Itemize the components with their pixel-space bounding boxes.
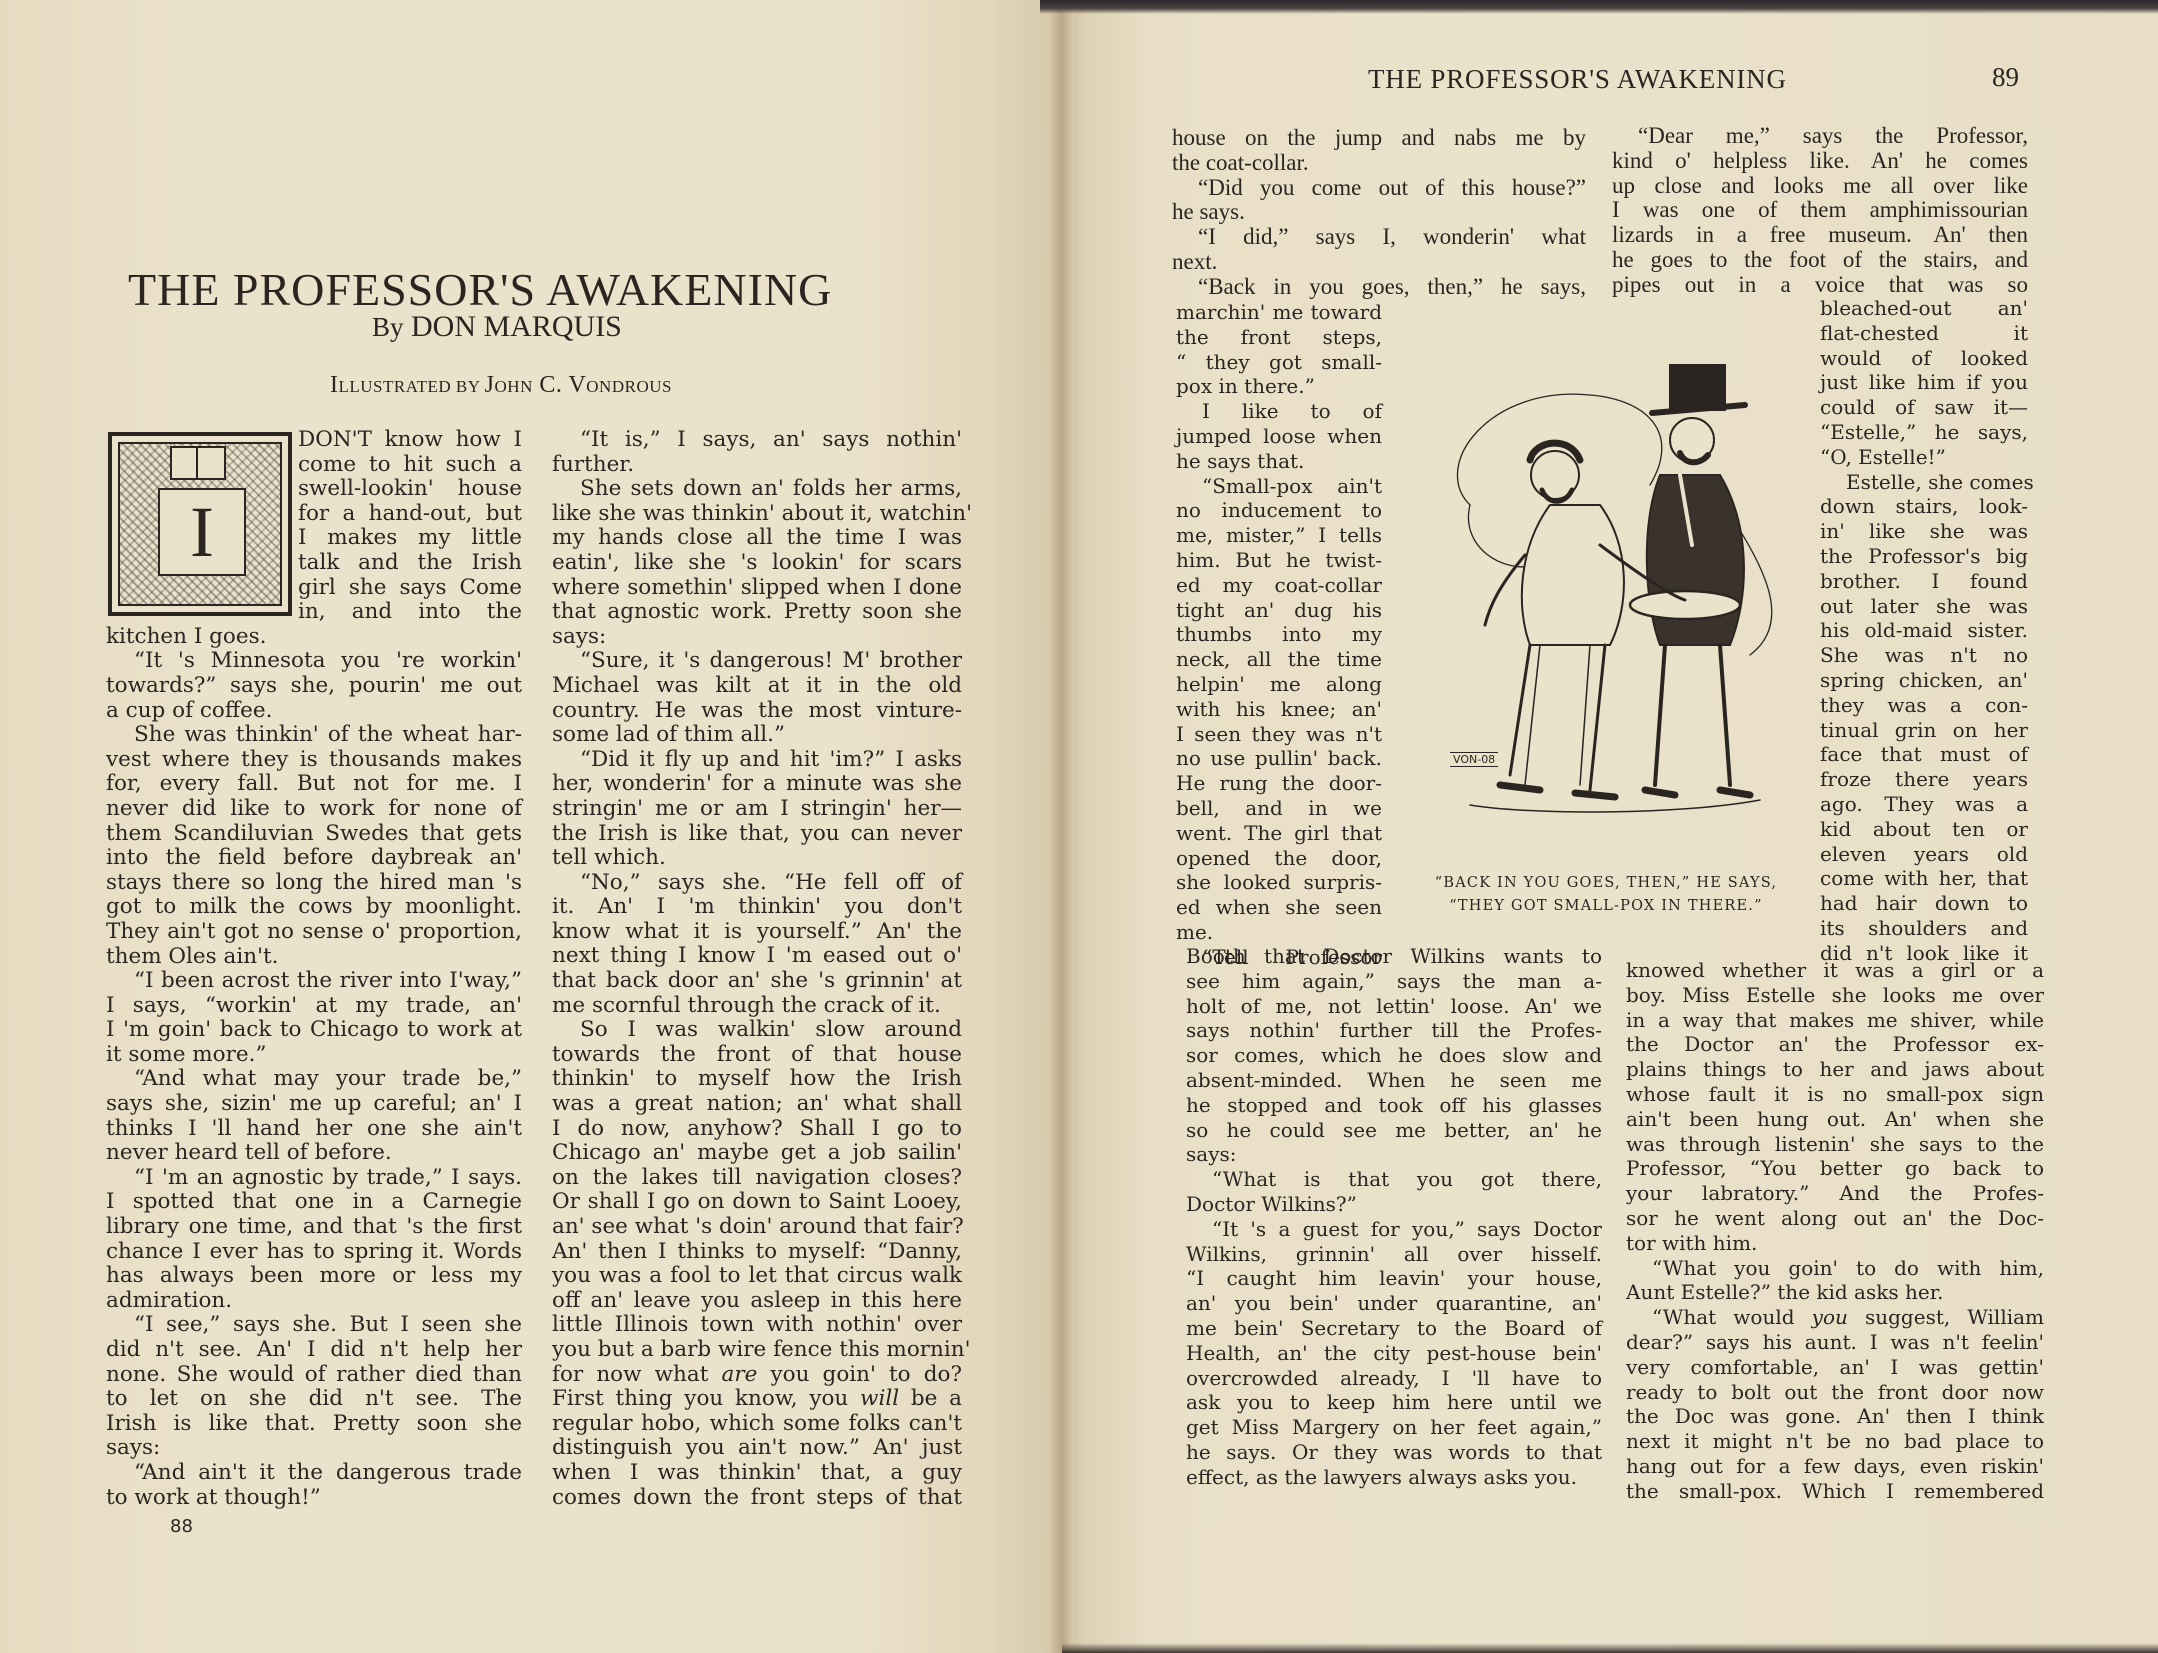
open-book-icon xyxy=(170,446,226,480)
text-line: holt of me, not lettin' loose. An' we xyxy=(1186,994,1602,1019)
text-line: could of saw it— xyxy=(1820,395,2028,420)
text-line: I 'm goin' back to Chicago to work at xyxy=(106,1018,522,1043)
text-line: she looked surpris- xyxy=(1176,870,1382,895)
text-line: “I been acrost the river into I'way,” xyxy=(106,969,522,994)
ornamental-drop-cap: I xyxy=(108,432,292,616)
text-line: the small-pox. Which I remembered xyxy=(1626,1479,2044,1504)
text-line: see him again,” says the man a- xyxy=(1186,969,1602,994)
text-line: “It is,” I says, an' says nothin' xyxy=(552,428,962,453)
text-line: I spotted that one in a Carnegie xyxy=(106,1190,522,1215)
text-line: says: xyxy=(1186,1142,1602,1167)
right-column-2-wrap: bleached-out an'flat-chested itwould of … xyxy=(1820,296,2028,966)
text-line: off an' leave you asleep in this here xyxy=(552,1289,962,1314)
text-line: no use pullin' back. xyxy=(1176,746,1382,771)
text-line: sor he went along out an' the Doc- xyxy=(1626,1206,2044,1231)
text-line: spring chicken, an' xyxy=(1820,668,2028,693)
text-line: regular hobo, which some folks can't xyxy=(552,1412,962,1437)
sc-initial: I xyxy=(330,372,339,398)
text-line: neck, all the time xyxy=(1176,647,1382,672)
right-column-1-bottom: Booth that Doctor Wilkins wants tosee hi… xyxy=(1186,944,1602,1490)
text-line: says: xyxy=(552,625,962,650)
text-line: never did like to work for none of xyxy=(106,797,522,822)
text-line: froze there years xyxy=(1820,767,2028,792)
text-line: whose fault it is no small-pox sign xyxy=(1626,1082,2044,1107)
text-line: “Did you come out of this house?” xyxy=(1172,176,1586,201)
text-line: “I see,” says she. But I seen she xyxy=(106,1313,522,1338)
text-line: tinual grin on her xyxy=(1820,718,2028,743)
text-line: “I caught him leavin' your house, xyxy=(1186,1266,1602,1291)
text-line: like she was thinkin' about it, watchin' xyxy=(552,502,962,527)
text-line: “And ain't it the dangerous trade xyxy=(106,1461,522,1486)
text-line: stringin' me or am I stringin' her— xyxy=(552,797,962,822)
text-line: thinks I 'll hand her one she ain't xyxy=(106,1117,522,1142)
text-line: effect, as the lawyers always asks you. xyxy=(1186,1465,1602,1490)
author-name: DON MARQUIS xyxy=(411,310,622,343)
text-line: says nothin' further till the Profes- xyxy=(1186,1018,1602,1043)
text-line: Chicago an' maybe get a job sailin' xyxy=(552,1141,962,1166)
text-line: I like to of xyxy=(1176,399,1382,424)
text-line: “Estelle,” he says, xyxy=(1820,420,2028,445)
text-line: towards the front of that house xyxy=(552,1043,962,1068)
text-line: “O, Estelle!” xyxy=(1820,445,2028,470)
text-line: tight an' dug his xyxy=(1176,598,1382,623)
text-line: absent-minded. When he seen me xyxy=(1186,1068,1602,1093)
text-line: dear?” says his aunt. I was n't feelin' xyxy=(1626,1330,2044,1355)
text-line: I seen they was n't xyxy=(1176,722,1382,747)
text-line: “I did,” says I, wonderin' what xyxy=(1172,225,1586,250)
sc-initial: C. xyxy=(533,372,569,398)
text-line: sor comes, which he does slow and xyxy=(1186,1043,1602,1068)
text-line: “What you goin' to do with him, xyxy=(1626,1256,2044,1281)
text-line: helpin' me along xyxy=(1176,672,1382,697)
running-head: THE PROFESSOR'S AWAKENING xyxy=(1368,64,1787,95)
text-line: She was n't no xyxy=(1820,643,2028,668)
text-line: up close and looks me all over like xyxy=(1612,174,2028,199)
text-line: had hair down to xyxy=(1820,891,2028,916)
text-line: “It 's a guest for you,” says Doctor xyxy=(1186,1217,1602,1242)
text-line: tell which. xyxy=(552,846,962,871)
text-line: for, every fall. But not for me. I xyxy=(106,772,522,797)
book-gutter xyxy=(1050,0,1074,1653)
text-line: So I was walkin' slow around xyxy=(552,1018,962,1043)
text-line: distinguish you ain't now.” An' just xyxy=(552,1436,962,1461)
text-line: further. xyxy=(552,453,962,478)
text-line: ago. They was a xyxy=(1820,792,2028,817)
text-line: house on the jump and nabs me by xyxy=(1172,126,1586,151)
text-line: DON'T know how I xyxy=(298,428,522,453)
text-line: the front steps, xyxy=(1176,325,1382,350)
text-line: next it might n't be no bad place to xyxy=(1626,1429,2044,1454)
text-line: comes down the front steps of that xyxy=(552,1486,962,1511)
text-line: did n't see. An' I did n't help her xyxy=(106,1338,522,1363)
text-line: hang out for a few days, even riskin' xyxy=(1626,1454,2044,1479)
text-line: pox in there.” xyxy=(1176,374,1382,399)
sc-rest: LLUSTRATED xyxy=(339,377,452,396)
text-line: the Doc was gone. An' then I think xyxy=(1626,1404,2044,1429)
text-line: some lad of thim all.” xyxy=(552,723,962,748)
text-line: “It 's Minnesota you 're workin' xyxy=(106,649,522,674)
text-line: “And what may your trade be,” xyxy=(106,1067,522,1092)
byline-by: By xyxy=(372,312,404,342)
text-line: come with her, that xyxy=(1820,866,2028,891)
text-line: I says, “workin' at my trade, an' xyxy=(106,994,522,1019)
text-line: to let on she did n't see. The xyxy=(106,1387,522,1412)
text-line: stays there so long the hired man 's xyxy=(106,871,522,896)
italic-emphasis: will xyxy=(860,1386,899,1411)
text-line: was through listenin' she says to the xyxy=(1626,1132,2044,1157)
text-line: plains things to her and jaws about xyxy=(1626,1057,2044,1082)
illustration-caption: “BACK IN YOU GOES, THEN,” HE SAYS, “THEY… xyxy=(1416,872,1796,918)
text-line: bell, and in we xyxy=(1176,796,1382,821)
text-line: pipes out in a voice that was so xyxy=(1612,273,2028,298)
text-line: so he could see me better, an' he xyxy=(1186,1118,1602,1143)
text-line: tor with him. xyxy=(1626,1231,2044,1256)
text-line: that agnostic work. Pretty soon she xyxy=(552,600,962,625)
text-line: none. She would of rather died than xyxy=(106,1363,522,1388)
text-line: was a great nation; an' what shall xyxy=(552,1092,962,1117)
text-line: Aunt Estelle?” the kid asks her. xyxy=(1626,1280,2044,1305)
text-line: Irish is like that. Pretty soon she xyxy=(106,1412,522,1437)
text-line: “I 'm an agnostic by trade,” I says. xyxy=(106,1166,522,1191)
pen-illustration-two-men xyxy=(1430,345,1800,855)
article-title: THE PROFESSOR'S AWAKENING xyxy=(128,263,948,316)
text-line: no inducement to xyxy=(1176,498,1382,523)
page-edge-shadow-bottom xyxy=(1062,1643,2158,1653)
text-line: talk and the Irish xyxy=(298,551,522,576)
text-line: They ain't got no sense o' proportion, xyxy=(106,920,522,945)
book-spread: THE PROFESSOR'S AWAKENING By DON MARQUIS… xyxy=(0,0,2158,1653)
left-page-column-1: kitchen I goes.“It 's Minnesota you 're … xyxy=(106,625,522,1510)
text-line: opened the door, xyxy=(1176,846,1382,871)
text-line: the Doctor an' the Professor ex- xyxy=(1626,1032,2044,1057)
drop-cap-text: DON'T know how Icome to hit such aswell-… xyxy=(298,428,522,625)
byline: By DON MARQUIS xyxy=(372,310,622,344)
text-line: it. An' I 'm thinkin' you don't xyxy=(552,895,962,920)
sc-initial: V xyxy=(568,372,586,398)
page-number-right: 89 xyxy=(1992,62,2019,93)
right-column-2-top: “Dear me,” says the Professor,kind o' he… xyxy=(1612,124,2028,298)
text-line: kind o' helpless like. An' he comes xyxy=(1612,149,2028,174)
text-line: come to hit such a xyxy=(298,453,522,478)
text-line: Michael was kilt at it in the old xyxy=(552,674,962,699)
text-line: it some more.” xyxy=(106,1043,522,1068)
text-line: ask you to keep him here until we xyxy=(1186,1390,1602,1415)
text-line: I was one of them amphimissourian xyxy=(1612,198,2028,223)
illustrator-credit: ILLUSTRATED BY JOHN C. VONDROUS xyxy=(330,372,672,399)
text-line: has always been more or less my xyxy=(106,1264,522,1289)
text-line: me bein' Secretary to the Board of xyxy=(1186,1316,1602,1341)
text-line: the Professor's big xyxy=(1820,544,2028,569)
text-line: you was a fool to let that circus walk xyxy=(552,1264,962,1289)
italic-emphasis: you xyxy=(1812,1305,1848,1329)
text-line: in, and into the xyxy=(298,600,522,625)
text-line: bleached-out an' xyxy=(1820,296,2028,321)
text-line: admiration. xyxy=(106,1289,522,1314)
text-line: his old-maid sister. xyxy=(1820,618,2028,643)
sc-by: BY xyxy=(451,377,485,396)
text-line: “What is that you got there, xyxy=(1186,1167,1602,1192)
text-line: get Miss Margery on her feet again,” xyxy=(1186,1415,1602,1440)
text-line: with his knee; an' xyxy=(1176,697,1382,722)
text-line: library one time, and that 's the first xyxy=(106,1215,522,1240)
text-line: swell-lookin' house xyxy=(298,477,522,502)
page-number-left: 88 xyxy=(170,1516,193,1537)
text-line: thinkin' to myself how the Irish xyxy=(552,1067,962,1092)
text-line: Doctor Wilkins?” xyxy=(1186,1192,1602,1217)
text-line: never heard tell of before. xyxy=(106,1141,522,1166)
text-line: next. xyxy=(1172,250,1586,275)
text-line: into the field before daybreak an' xyxy=(106,846,522,871)
text-line: in a way that makes me shiver, while xyxy=(1626,1008,2044,1033)
text-line: that back door an' she 's grinnin' at xyxy=(552,969,962,994)
right-column-1-wrap: marchin' me towardthe front steps,“ they… xyxy=(1176,300,1382,970)
text-line: down stairs, look- xyxy=(1820,494,2028,519)
text-line: he says. Or they was words to that xyxy=(1186,1440,1602,1465)
text-line: An' then I thinks to myself: “Danny, xyxy=(552,1240,962,1265)
text-line: I makes my little xyxy=(298,526,522,551)
text-line: got to milk the cows by moonlight. xyxy=(106,895,522,920)
text-line: when I was thinkin' that, a guy xyxy=(552,1461,962,1486)
text-line: he says that. xyxy=(1176,449,1382,474)
text-line: the Irish is like that, you can never xyxy=(552,822,962,847)
text-line: where somethin' slipped when I done xyxy=(552,576,962,601)
text-line: ain't been hung out. An' when she xyxy=(1626,1107,2044,1132)
text-line: jumped loose when xyxy=(1176,424,1382,449)
text-line: eleven years old xyxy=(1820,842,2028,867)
text-line: its shoulders and xyxy=(1820,916,2028,941)
text-line: brother. I found xyxy=(1820,569,2028,594)
text-line: “Small-pox ain't xyxy=(1176,474,1382,499)
text-line: eatin', like she 's lookin' for scars xyxy=(552,551,962,576)
text-line: face that must of xyxy=(1820,742,2028,767)
text-line: country. He was the most vinture- xyxy=(552,699,962,724)
text-line: She was thinkin' of the wheat har- xyxy=(106,723,522,748)
text-line: knowed whether it was a girl or a xyxy=(1626,958,2044,983)
caption-line-2: “THEY GOT SMALL-POX IN THERE.” xyxy=(1416,895,1796,918)
right-column-2-bottom: knowed whether it was a girl or aboy. Mi… xyxy=(1626,958,2044,1504)
text-line: me scornful through the crack of it. xyxy=(552,994,962,1019)
text-line: flat-chested it xyxy=(1820,321,2028,346)
text-line: he stopped and took off his glasses xyxy=(1186,1093,1602,1118)
text-line: lizards in a free museum. An' then xyxy=(1612,223,2028,248)
text-line: vest where they is thousands makes xyxy=(106,748,522,773)
text-line: Estelle, she comes xyxy=(1820,470,2028,495)
text-line: says: xyxy=(106,1436,522,1461)
text-line: a cup of coffee. xyxy=(106,699,522,724)
text-line: me, mister,” I tells xyxy=(1176,523,1382,548)
sc-initial: J xyxy=(485,372,495,398)
right-column-1-top: house on the jump and nabs me bythe coat… xyxy=(1172,126,1586,300)
text-line: Or shall I go on down to Saint Looey, xyxy=(552,1190,962,1215)
text-line: very comfortable, an' I was gettin' xyxy=(1626,1355,2044,1380)
italic-emphasis: are xyxy=(722,1362,758,1387)
text-line: boy. Miss Estelle she looks me over xyxy=(1626,983,2044,1008)
text-line: marchin' me toward xyxy=(1176,300,1382,325)
page-edge-shadow xyxy=(1040,0,2158,14)
text-line: “Back in you goes, then,” he says, xyxy=(1172,275,1586,300)
text-line: Health, an' the city pest-house bein' xyxy=(1186,1341,1602,1366)
text-line: “Did it fly up and hit 'im?” I asks xyxy=(552,748,962,773)
text-line: my hands close all the time I was xyxy=(552,526,962,551)
text-line: kid about ten or xyxy=(1820,817,2028,842)
text-line: chance I ever has to spring it. Words xyxy=(106,1240,522,1265)
text-line: them Oles ain't. xyxy=(106,945,522,970)
text-line: me. xyxy=(1176,920,1382,945)
text-line: to work at though!” xyxy=(106,1486,522,1511)
text-line: out later she was xyxy=(1820,594,2028,619)
left-page-column-2: “It is,” I says, an' says nothin'further… xyxy=(552,428,962,1510)
text-line: I do now, anyhow? Shall I go to xyxy=(552,1117,962,1142)
text-line: He rung the door- xyxy=(1176,771,1382,796)
sc-rest: OHN xyxy=(495,377,533,396)
text-line: thumbs into my xyxy=(1176,622,1382,647)
text-line: on the lakes till navigation closes? xyxy=(552,1166,962,1191)
text-line: went. The girl that xyxy=(1176,821,1382,846)
text-line: kitchen I goes. xyxy=(106,625,522,650)
drop-cap-letter: I xyxy=(158,488,246,576)
text-line: Wilkins, grinnin' all over hisself. xyxy=(1186,1242,1602,1267)
text-line: says she, sizin' me up careful; an' I xyxy=(106,1092,522,1117)
text-line: She sets down an' folds her arms, xyxy=(552,477,962,502)
text-line: they was a con- xyxy=(1820,693,2028,718)
text-line: for a hand-out, but xyxy=(298,502,522,527)
text-line: him. But he twist- xyxy=(1176,548,1382,573)
text-line: you but a barb wire fence this mornin' xyxy=(552,1338,962,1363)
text-line: an' you bein' under quarantine, an' xyxy=(1186,1291,1602,1316)
text-line: ready to bolt out the front door now xyxy=(1626,1380,2044,1405)
text-line: an' see what 's doin' around that fair? xyxy=(552,1215,962,1240)
text-line: girl she says Come xyxy=(298,576,522,601)
text-line: he goes to the foot of the stairs, and xyxy=(1612,248,2028,273)
text-line: First thing you know, you will be a xyxy=(552,1387,962,1412)
text-line: “ they got small- xyxy=(1176,350,1382,375)
text-line: “Sure, it 's dangerous! M' brother xyxy=(552,649,962,674)
text-line: the coat-collar. xyxy=(1172,151,1586,176)
text-line: he says. xyxy=(1172,200,1586,225)
text-line: towards?” says she, pourin' me out xyxy=(106,674,522,699)
text-line: overcrowded already, I 'll have to xyxy=(1186,1366,1602,1391)
text-line: Booth that Doctor Wilkins wants to xyxy=(1186,944,1602,969)
text-line: in' like she was xyxy=(1820,519,2028,544)
text-line: your labratory.” And the Profes- xyxy=(1626,1181,2044,1206)
text-line: little Illinois town with nothin' over xyxy=(552,1313,962,1338)
text-line: ed my coat-collar xyxy=(1176,573,1382,598)
text-line: “No,” says she. “He fell off of xyxy=(552,871,962,896)
text-line: ed when she seen xyxy=(1176,895,1382,920)
text-line: “Dear me,” says the Professor, xyxy=(1612,124,2028,149)
text-line: just like him if you xyxy=(1820,370,2028,395)
text-line: next thing I know I 'm eased out o' xyxy=(552,944,962,969)
artist-signature: VON-08 xyxy=(1450,752,1498,767)
text-line: for now what are you goin' to do? xyxy=(552,1363,962,1388)
text-line: “What would you suggest, William xyxy=(1626,1305,2044,1330)
text-line: her, wonderin' for a minute was she xyxy=(552,772,962,797)
text-line: would of looked xyxy=(1820,346,2028,371)
text-line: Professor, “You better go back to xyxy=(1626,1156,2044,1181)
text-line: know what it is yourself.” An' the xyxy=(552,920,962,945)
caption-line-1: “BACK IN YOU GOES, THEN,” HE SAYS, xyxy=(1416,872,1796,895)
sc-rest: ONDROUS xyxy=(586,377,672,396)
text-line: them Scandiluvian Swedes that gets xyxy=(106,822,522,847)
